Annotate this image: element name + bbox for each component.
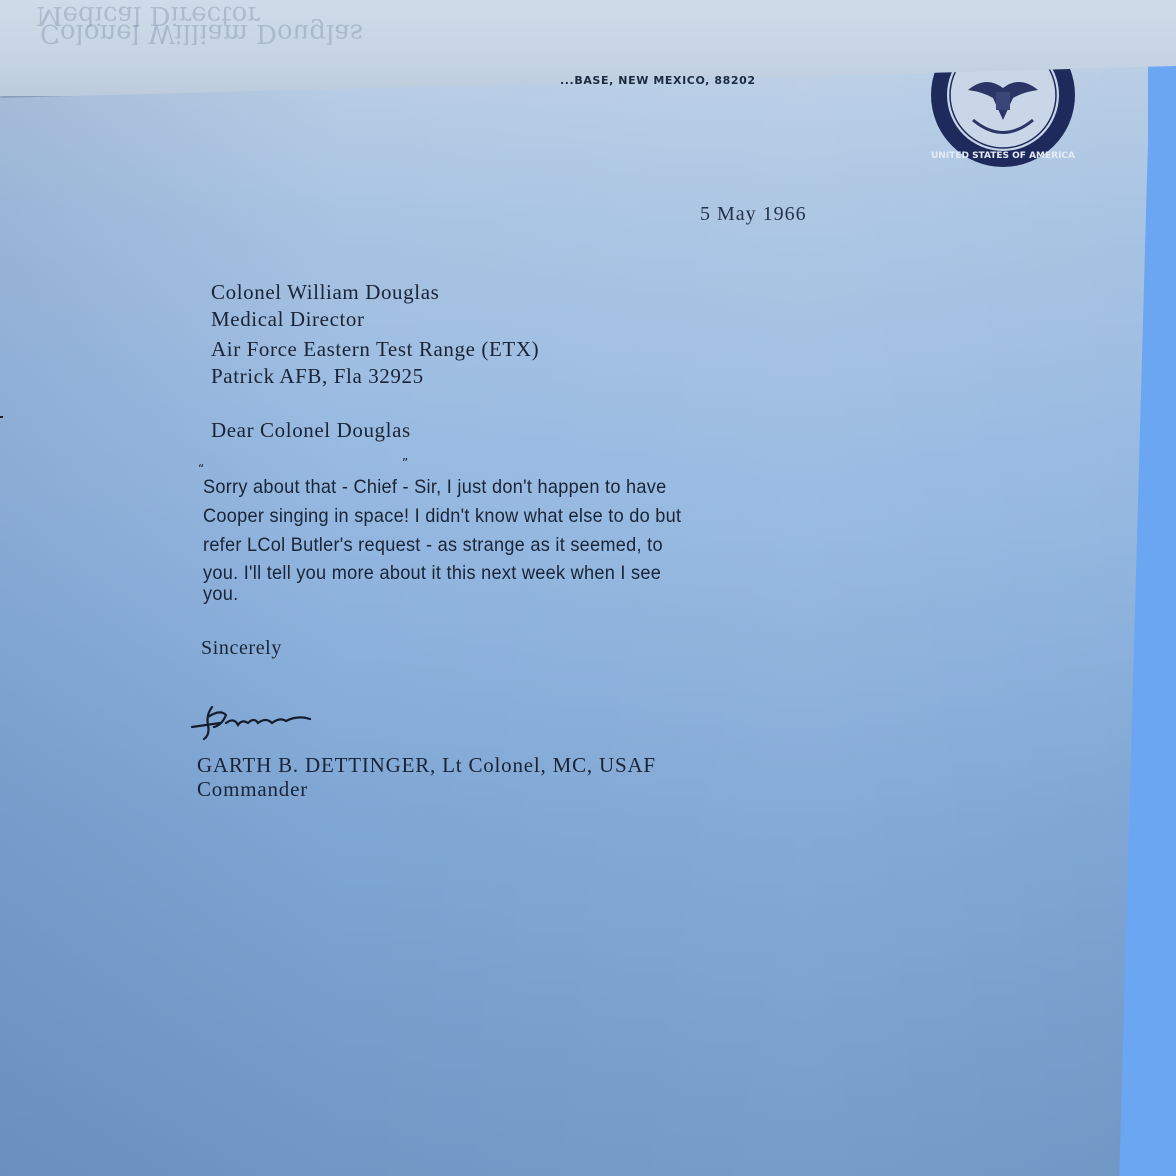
annotation-mark-close: ” [402, 456, 408, 470]
letter-content: 5 May 1966 Colonel William Douglas Medic… [0, 0, 1176, 1176]
recipient-address: Patrick AFB, Fla 32925 [211, 364, 424, 389]
salutation: Dear Colonel Douglas [211, 418, 411, 443]
body-line: refer LCol Butler's request - as strange… [203, 534, 663, 557]
annotation-mark-open: “ [198, 462, 204, 476]
body-line: you. I'll tell you more about it this ne… [203, 562, 661, 585]
recipient-organization: Air Force Eastern Test Range (ETX) [211, 337, 539, 362]
body-line: Cooper singing in space! I didn't know w… [203, 505, 681, 528]
recipient-title: Medical Director [211, 307, 365, 332]
signer-name: GARTH B. DETTINGER, Lt Colonel, MC, USAF [197, 753, 656, 778]
signer-title: Commander [197, 777, 308, 802]
recipient-name: Colonel William Douglas [211, 280, 439, 305]
mirrored-text-line: Colonel William Douglas [40, 18, 363, 48]
margin-mark [0, 416, 3, 418]
letter-date: 5 May 1966 [700, 203, 807, 226]
svg-text:UNITED STATES OF AMERICA: UNITED STATES OF AMERICA [931, 151, 1075, 161]
letterhead-address: ...BASE, NEW MEXICO, 88202 [560, 74, 756, 87]
body-line: you. [203, 583, 238, 606]
body-line: Sorry about that - Chief - Sir, I just d… [203, 476, 666, 499]
closing: Sincerely [201, 637, 282, 660]
handwritten-signature [186, 695, 326, 745]
